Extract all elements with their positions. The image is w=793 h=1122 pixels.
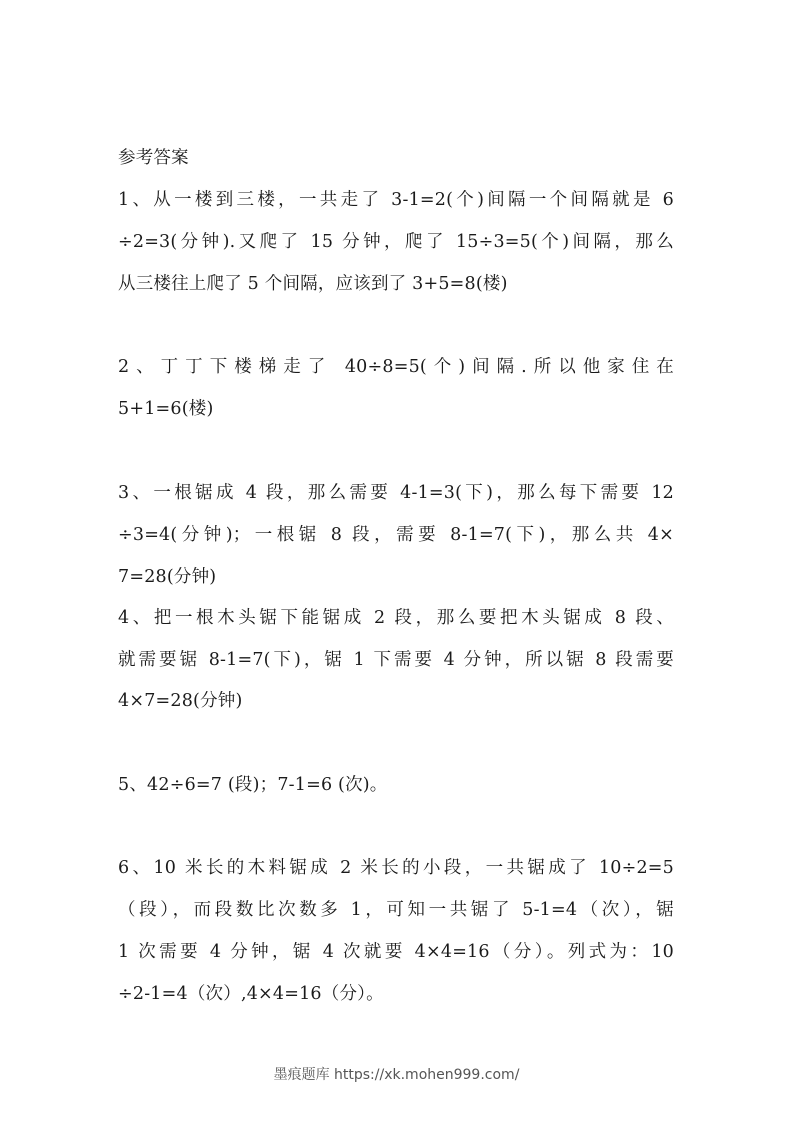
answer-3-line-2: ÷3=4(分钟)；一根锯 8 段，需要 8-1=7(下)，那么共 4× bbox=[118, 523, 674, 547]
answer-4-line-3: 4×7=28(分钟) bbox=[118, 689, 243, 713]
answer-6-line-4: ÷2-1=4（次）,4×4=16（分）。 bbox=[118, 982, 384, 1006]
answer-1-line-1: 1、从一楼到三楼，一共走了 3-1=2(个)间隔一个间隔就是 6 bbox=[118, 188, 674, 212]
answer-1-line-3: 从三楼往上爬了 5 个间隔，应该到了 3+5=8(楼) bbox=[118, 272, 508, 296]
answer-3-line-3: 7=28(分钟) bbox=[118, 565, 216, 589]
answer-4-line-2: 就需要锯 8-1=7(下)，锯 1 下需要 4 分钟，所以锯 8 段需要 bbox=[118, 648, 674, 672]
answer-3-line-1: 3、一根锯成 4 段，那么需要 4-1=3(下)，那么每下需要 12 bbox=[118, 481, 674, 505]
page-title: 参考答案 bbox=[118, 146, 189, 170]
answer-5-line-1: 5、42÷6=7 (段)；7-1=6 (次)。 bbox=[118, 773, 388, 797]
answer-4-line-1: 4、把一根木头锯下能锯成 2 段，那么要把木头锯成 8 段、 bbox=[118, 606, 674, 630]
answer-1-line-2: ÷2=3(分钟).又爬了 15 分钟，爬了 15÷3=5(个)间隔，那么 bbox=[118, 230, 674, 254]
footer-watermark: 墨痕题库 https://xk.mohen999.com/ bbox=[0, 1064, 793, 1084]
answer-6-line-2: （段），而段数比次数多 1，可知一共锯了 5-1=4（次），锯 bbox=[118, 898, 674, 922]
answer-6-line-1: 6、10 米长的木料锯成 2 米长的小段，一共锯成了 10÷2=5 bbox=[118, 856, 674, 880]
answer-6-line-3: 1 次需要 4 分钟，锯 4 次就要 4×4=16（分）。列式为：10 bbox=[118, 940, 674, 964]
answer-2-line-1: 2、丁丁下楼梯走了 40÷8=5(个)间隔.所以他家住在 bbox=[118, 355, 674, 379]
answer-2-line-2: 5+1=6(楼) bbox=[118, 397, 213, 421]
